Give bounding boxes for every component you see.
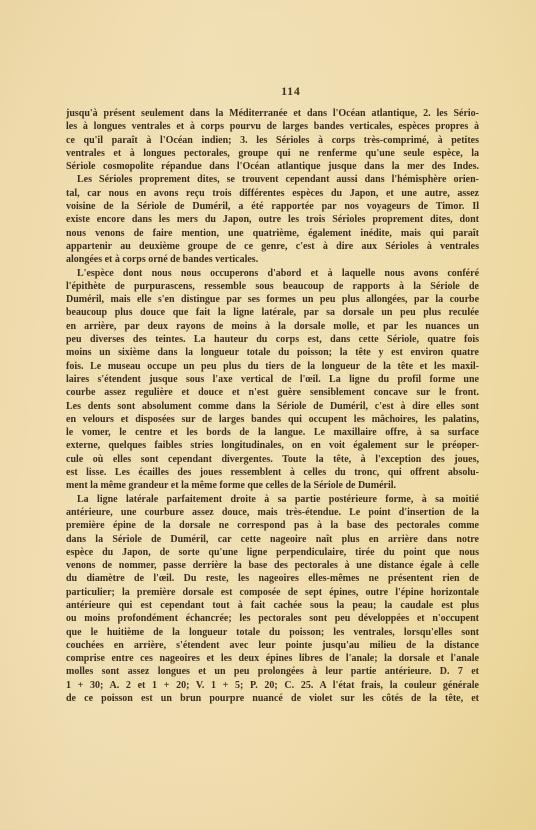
text-line: espèce du Japon, de sorte qu'une ligne p…	[66, 546, 479, 559]
text-line: première épine de la dorsale ne correspo…	[66, 519, 479, 532]
page-number: 114	[281, 86, 301, 98]
text-line: L'espèce dont nous nous occuperons d'abo…	[66, 267, 479, 280]
text-line: nous venons de faire mention, une quatri…	[66, 227, 479, 240]
text-line: La ligne latérale parfaitement droite à …	[66, 493, 479, 506]
text-line: alongées et à corps orné de bandes verti…	[66, 253, 479, 266]
text-line: cule où elles sont cependant divergentes…	[66, 453, 479, 466]
text-line: externe, quelques faibles stries longitu…	[66, 439, 479, 452]
text-line: beaucoup plus douce que fait la ligne la…	[66, 306, 479, 319]
text-line: venons de nommer, passe derrière la base…	[66, 559, 479, 572]
text-line: antérieure qui est cependant tout à fait…	[66, 599, 479, 612]
text-line: moins un sixième dans la longueur totale…	[66, 346, 479, 359]
text-line: Duméril, mais elle s'en distingue par se…	[66, 293, 479, 306]
text-line: peu diverses des teintes. La hauteur du …	[66, 333, 479, 346]
text-line: courbe assez regulière et douce et n'est…	[66, 386, 479, 399]
text-line: existe encore dans les mers du Japon, ou…	[66, 213, 479, 226]
text-line: ventrales et à longues pectorales, group…	[66, 147, 479, 160]
text-line: comprise entre ces nageoires et les deux…	[66, 652, 479, 665]
text-line: le vomer, le centre et les bords de la l…	[66, 426, 479, 439]
text-line: de ce poisson est un brun pourpre nuancé…	[66, 692, 479, 705]
text-line: 1 + 30; A. 2 et 1 + 20; V. 1 + 5; P. 20;…	[66, 679, 479, 692]
text-line: antérieure, une courbure assez douce, ma…	[66, 506, 479, 519]
text-line: en arrière, par deux rayons de moins à l…	[66, 320, 479, 333]
text-line: laires s'étendent jusque sous l'axe vert…	[66, 373, 479, 386]
text-line: appartenir au deuxième groupe de ce genr…	[66, 240, 479, 253]
text-line: Sériole cosmopolite répandue dans l'Océa…	[66, 160, 479, 173]
text-line: particulier; la première dorsale est com…	[66, 586, 479, 599]
text-line: dans la Sériole de Duméril, car cette na…	[66, 533, 479, 546]
text-line: en velours et disposées sur de larges ba…	[66, 413, 479, 426]
text-line: ce qu'il paraît à l'Océan indien; 3. les…	[66, 134, 479, 147]
text-line: les à longues ventrales et à corps pourv…	[66, 120, 479, 133]
text-line: voisine de la Sériole de Duméril, a été …	[66, 200, 479, 213]
text-line: que le huitième de la longueur totale du…	[66, 626, 479, 639]
text-block: jusqu'à présent seulement dans la Médite…	[66, 107, 479, 705]
text-line: du diamètre de l'œil. Du reste, les nage…	[66, 572, 479, 585]
text-line: tal, car nous en avons reçu trois différ…	[66, 187, 479, 200]
text-line: Les Sérioles proprement dites, se trouve…	[66, 173, 479, 186]
text-line: fois. Le museau occupe un peu plus du ti…	[66, 360, 479, 373]
text-line: couchées en arrière, s'étendent avec leu…	[66, 639, 479, 652]
text-line: molles sont assez longues et un peu prol…	[66, 665, 479, 678]
text-line: ou moins profondément échancrée; les pec…	[66, 612, 479, 625]
text-line: est lisse. Les écailles des joues ressem…	[66, 466, 479, 479]
book-page: 114 jusqu'à présent seulement dans la Mé…	[0, 0, 536, 830]
text-line: l'épithète de purpurascens, ressemble so…	[66, 280, 479, 293]
text-line: ment la même grandeur et la même forme q…	[66, 479, 479, 492]
text-line: Les dents sont absolument comme dans la …	[66, 400, 479, 413]
text-line: jusqu'à présent seulement dans la Médite…	[66, 107, 479, 120]
